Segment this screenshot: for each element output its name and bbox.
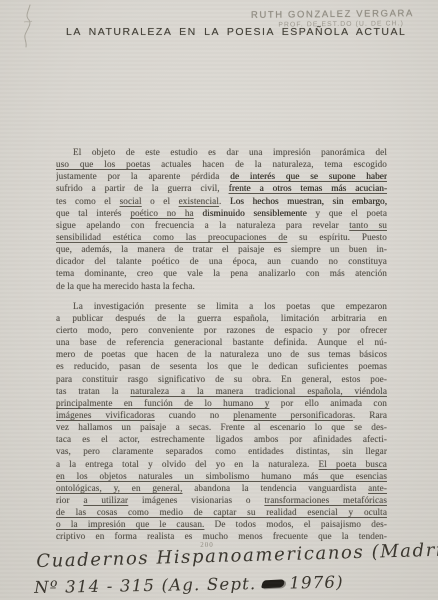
text-segment: que, además, la manera de tratar el pais… [56, 244, 387, 254]
text-line: rior a utilizar imágenes visionarias o t… [56, 494, 387, 506]
text-line: vas, pero claramente separados como enti… [56, 445, 387, 457]
text-segment: criptivo en forma realista es mucho meno… [56, 531, 387, 541]
underlined-phrase: tanto su [349, 220, 387, 230]
underlined-phrase: de interés que se supone haber [230, 171, 387, 181]
underlined-phrase: uso que los poetas [56, 159, 150, 169]
underlined-phrase: existencial [179, 196, 219, 206]
text-line: que, además, la manera de tratar el pais… [56, 243, 387, 255]
text-line: a publicar después de la guerra española… [56, 312, 387, 324]
text-segment: mero de poetas que hacen de la naturalez… [56, 349, 387, 359]
text-line: a la entrega total y olvido del yo en la… [56, 458, 387, 470]
text-segment: cuando no [155, 410, 233, 420]
citation-issue: Nº 314 - 315 (Ag. Sept. [34, 574, 257, 597]
text-segment: una base de referencia generacional bast… [56, 337, 387, 347]
scanned-document-page: RUTH GONZALEZ VERGARA PROF. DE EST.DO (U… [0, 0, 438, 600]
text-segment: tes como el [56, 196, 120, 206]
text-line: sensibilidad estética como las preocupac… [56, 231, 387, 243]
text-segment: . Rara [353, 410, 387, 420]
text-segment: por ello animada con [269, 398, 387, 408]
text-segment: su espíritu. Puesto [287, 232, 387, 242]
underlined-phrase: social [120, 196, 142, 206]
body-text: El objeto de este estudio es dar una imp… [56, 146, 387, 543]
citation-year: 1976) [289, 573, 344, 593]
text-segment: De todos modos, el paisajismo des- [204, 519, 387, 529]
text-line: taca es el actor, estrechamente ligados … [56, 433, 387, 445]
text-segment: es reducido, pasan de sesenta los que le… [56, 361, 387, 371]
text-line: imágenes vivificadoras cuando no plename… [56, 409, 387, 421]
underlined-phrase: sensibilidad estética como las preocupac… [56, 232, 287, 242]
text-segment: tas tratan la [56, 386, 130, 396]
text-line: sufrido a partir de la guerra civil, fre… [56, 182, 387, 194]
text-line: es reducido, pasan de sesenta los que le… [56, 360, 387, 372]
underlined-phrase: de las cosas como medio de captar su rea… [56, 507, 387, 517]
text-segment: sigue apelando con frecuencia a la natur… [56, 220, 349, 230]
text-segment: El objeto de este estudio es dar una imp… [73, 147, 387, 157]
text-segment: Los hechos muestran, sin embargo, [230, 196, 387, 206]
text-segment: La investigación presente se limita a lo… [73, 301, 387, 311]
text-line: que tal interés poético no ha disminuido… [56, 207, 387, 219]
text-line: dicador del talante poético de una época… [56, 255, 387, 267]
text-segment: sufrido a partir de la guerra civil, [56, 183, 229, 193]
text-line: una base de referencia generacional bast… [56, 336, 387, 348]
text-segment: imágenes visionarias o [128, 495, 264, 505]
text-line: sigue apelando con frecuencia a la natur… [56, 219, 387, 231]
text-segment: abandona la tendencia vanguardista [182, 483, 368, 493]
text-line: o la impresión que le causan. De todos m… [56, 518, 387, 530]
text-line: en los objetos naturales un simbolismo h… [56, 470, 387, 482]
text-line: principalmente en función de lo humano y… [56, 397, 387, 409]
text-line: de la que ha merecido hasta la fecha. [56, 280, 387, 292]
underlined-phrase: El poeta busca [319, 459, 387, 469]
text-line: tes como el social o el existencial. Los… [56, 195, 387, 207]
underlined-phrase: transformaciones metafóricas [264, 495, 387, 505]
text-line: tema dominante, creo que vale la pena an… [56, 267, 387, 279]
text-segment: justamente por la aparente pérdida [56, 171, 230, 181]
underlined-phrase: ontológicas, y, en general, [56, 483, 182, 493]
text-segment: taca es el actor, estrechamente ligados … [56, 434, 387, 444]
text-line: justamente por la aparente pérdida de in… [56, 170, 387, 182]
text-segment: de la que ha merecido hasta la fecha. [56, 281, 195, 291]
page-title: LA NATURALEZA EN LA POESIA ESPAÑOLA ACTU… [66, 26, 406, 38]
underlined-phrase: a utilizar [83, 495, 128, 505]
underlined-phrase: principalmente en función de lo humano y [56, 398, 269, 408]
underlined-phrase: imágenes vivificadoras [56, 410, 155, 420]
text-line: La investigación presente se limita a lo… [56, 300, 387, 312]
underlined-phrase: o la impresión que le causan. [56, 519, 204, 529]
text-line: tas tratan la naturaleza a la manera tra… [56, 385, 387, 397]
pencil-mark-icon [16, 2, 46, 59]
underlined-phrase: poético no ha [130, 208, 193, 218]
text-line: cierto modo, pero conveniente por razone… [56, 324, 387, 336]
text-segment: vez hallamos un paisaje a secas. Frente … [56, 422, 387, 432]
text-segment: a publicar después de la guerra española… [56, 313, 387, 323]
text-segment: a la entrega total y olvido del yo en la… [56, 459, 319, 469]
text-segment: que tal interés [56, 208, 130, 218]
author-name: RUTH GONZALEZ VERGARA [251, 8, 414, 21]
text-line: uso que los poetas actuales hacen de la … [56, 158, 387, 170]
text-segment: dicador del talante poético de una época… [56, 256, 387, 266]
paragraph: La investigación presente se limita a lo… [56, 300, 387, 543]
text-segment: tema dominante, creo que vale la pena an… [56, 268, 387, 278]
underlined-phrase: plenamente personificadoras [233, 410, 353, 420]
text-segment: rior [56, 495, 83, 505]
text-line: El objeto de este estudio es dar una imp… [56, 146, 387, 158]
text-segment: y que el poeta [307, 208, 387, 218]
text-line: mero de poetas que hacen de la naturalez… [56, 348, 387, 360]
underlined-phrase: naturaleza a la manera tradicional españ… [130, 386, 387, 396]
underlined-phrase: frente a otros temas más acucian- [229, 183, 387, 193]
handwritten-citation-line2: Nº 314 - 315 (Ag. Sept.1976) [34, 573, 344, 597]
text-segment: para constituir rasgo significativo de s… [56, 374, 387, 384]
text-segment: actuales hacen de la naturaleza, tema es… [150, 159, 387, 169]
text-line: vez hallamos un paisaje a secas. Frente … [56, 421, 387, 433]
text-segment: disminuido sensiblemente [202, 208, 306, 218]
text-segment: o el [142, 196, 179, 206]
text-segment: . [219, 196, 230, 206]
text-line: de las cosas como medio de captar su rea… [56, 506, 387, 518]
ink-blot [261, 579, 285, 588]
text-line: para constituir rasgo significativo de s… [56, 373, 387, 385]
text-segment: cierto modo, pero conveniente por razone… [56, 325, 387, 335]
paragraph: El objeto de este estudio es dar una imp… [56, 146, 387, 292]
text-line: ontológicas, y, en general, abandona la … [56, 482, 387, 494]
text-segment: vas, pero claramente separados como enti… [56, 446, 387, 456]
underlined-phrase: en los objetos naturales un simbolismo h… [56, 471, 387, 481]
underlined-phrase: ante- [368, 483, 387, 493]
